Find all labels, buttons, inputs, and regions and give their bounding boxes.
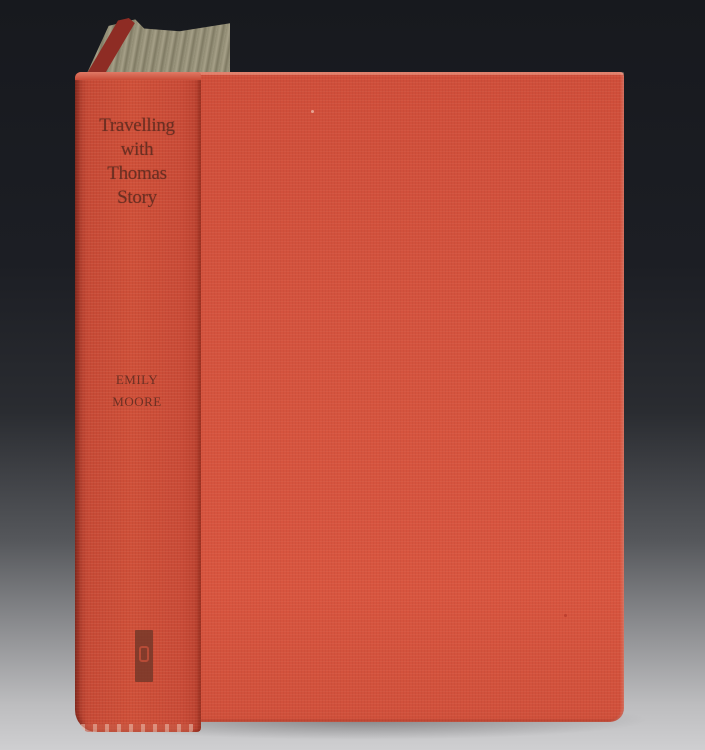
spine-author-line: EMILY [83,369,191,391]
photo-scene: Travelling with Thomas Story EMILY MOORE [0,0,705,750]
spine-author-line: MOORE [83,391,191,413]
spine-tail-wear [81,724,193,732]
publisher-logo-icon [135,630,153,682]
spine-title-line: Thomas [83,162,191,186]
spine-title-line: Travelling [83,114,191,138]
spine-title: Travelling with Thomas Story [83,114,191,210]
cover-stain [564,614,567,617]
spine-title-line: with [83,138,191,162]
spine-author: EMILY MOORE [83,369,191,413]
cover-top-highlight [190,72,624,75]
spine-headcap [75,72,201,80]
cover-speck [311,110,314,113]
spine-title-line: Story [83,186,191,210]
front-cover [190,72,624,722]
book-spine: Travelling with Thomas Story EMILY MOORE [75,72,201,732]
